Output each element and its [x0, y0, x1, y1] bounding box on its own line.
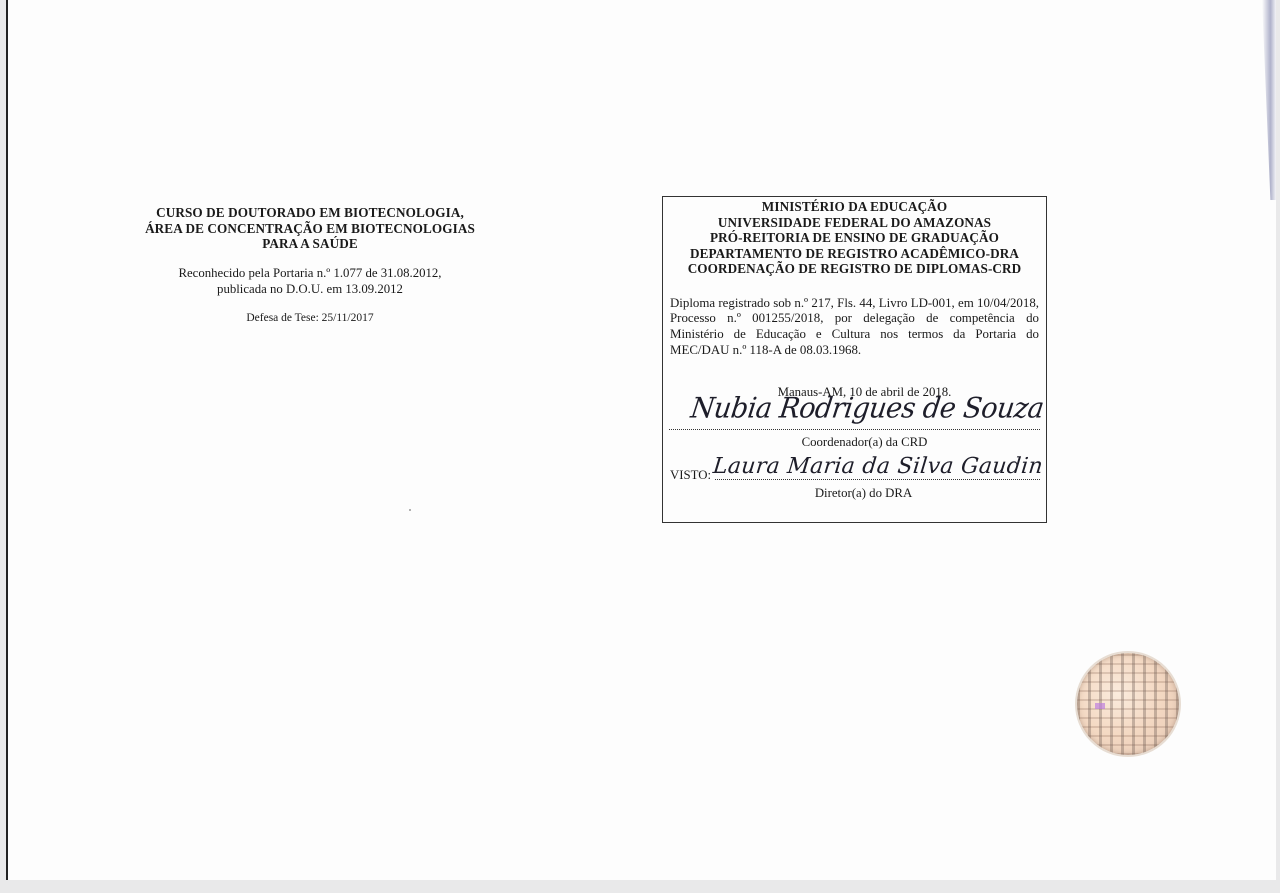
recognition-text: Reconhecido pela Portaria n.º 1.077 de 3…: [110, 265, 510, 297]
paper-speck: [409, 509, 411, 511]
director-signature: Laura Maria da Silva Gaudin: [712, 454, 1045, 479]
registration-stamp-box: MINISTÉRIO DA EDUCAÇÃO UNIVERSIDADE FEDE…: [662, 196, 1047, 523]
visto-label: VISTO:: [670, 468, 711, 483]
recognition-line: Reconhecido pela Portaria n.º 1.077 de 3…: [110, 265, 510, 281]
recognition-line: publicada no D.O.U. em 13.09.2012: [110, 281, 510, 297]
course-title-line: ÁREA DE CONCENTRAÇÃO EM BIOTECNOLOGIAS: [110, 221, 510, 237]
course-title-line: PARA A SAÚDE: [110, 236, 510, 252]
signature-line-coordinator: [669, 429, 1040, 430]
course-title-line: CURSO DE DOUTORADO EM BIOTECNOLOGIA,: [110, 205, 510, 221]
header-line-ministry: MINISTÉRIO DA EDUCAÇÃO: [663, 199, 1046, 215]
director-caption: Diretor(a) do DRA: [663, 486, 1046, 501]
coordinator-caption: Coordenador(a) da CRD: [663, 435, 1046, 450]
registration-header: MINISTÉRIO DA EDUCAÇÃO UNIVERSIDADE FEDE…: [663, 199, 1046, 277]
registration-text: Diploma registrado sob n.º 217, Fls. 44,…: [670, 296, 1039, 359]
course-title: CURSO DE DOUTORADO EM BIOTECNOLOGIA, ÁRE…: [110, 205, 510, 252]
header-line-pro-rectorate: PRÓ-REITORIA DE ENSINO DE GRADUAÇÃO: [663, 230, 1046, 246]
header-line-coordination: COORDENAÇÃO DE REGISTRO DE DIPLOMAS-CRD: [663, 261, 1046, 277]
thesis-defense-date: Defesa de Tese: 25/11/2017: [110, 311, 510, 325]
hologram-seal-icon: [1077, 653, 1179, 755]
header-line-university: UNIVERSIDADE FEDERAL DO AMAZONAS: [663, 215, 1046, 231]
header-line-department: DEPARTAMENTO DE REGISTRO ACADÊMICO-DRA: [663, 246, 1046, 262]
diploma-page: [6, 0, 1276, 880]
place-date: Manaus-AM, 10 de abril de 2018.: [663, 385, 1046, 400]
seal-mark: [1095, 703, 1105, 709]
signature-line-director: [715, 479, 1040, 480]
course-info-block: CURSO DE DOUTORADO EM BIOTECNOLOGIA, ÁRE…: [110, 205, 510, 325]
